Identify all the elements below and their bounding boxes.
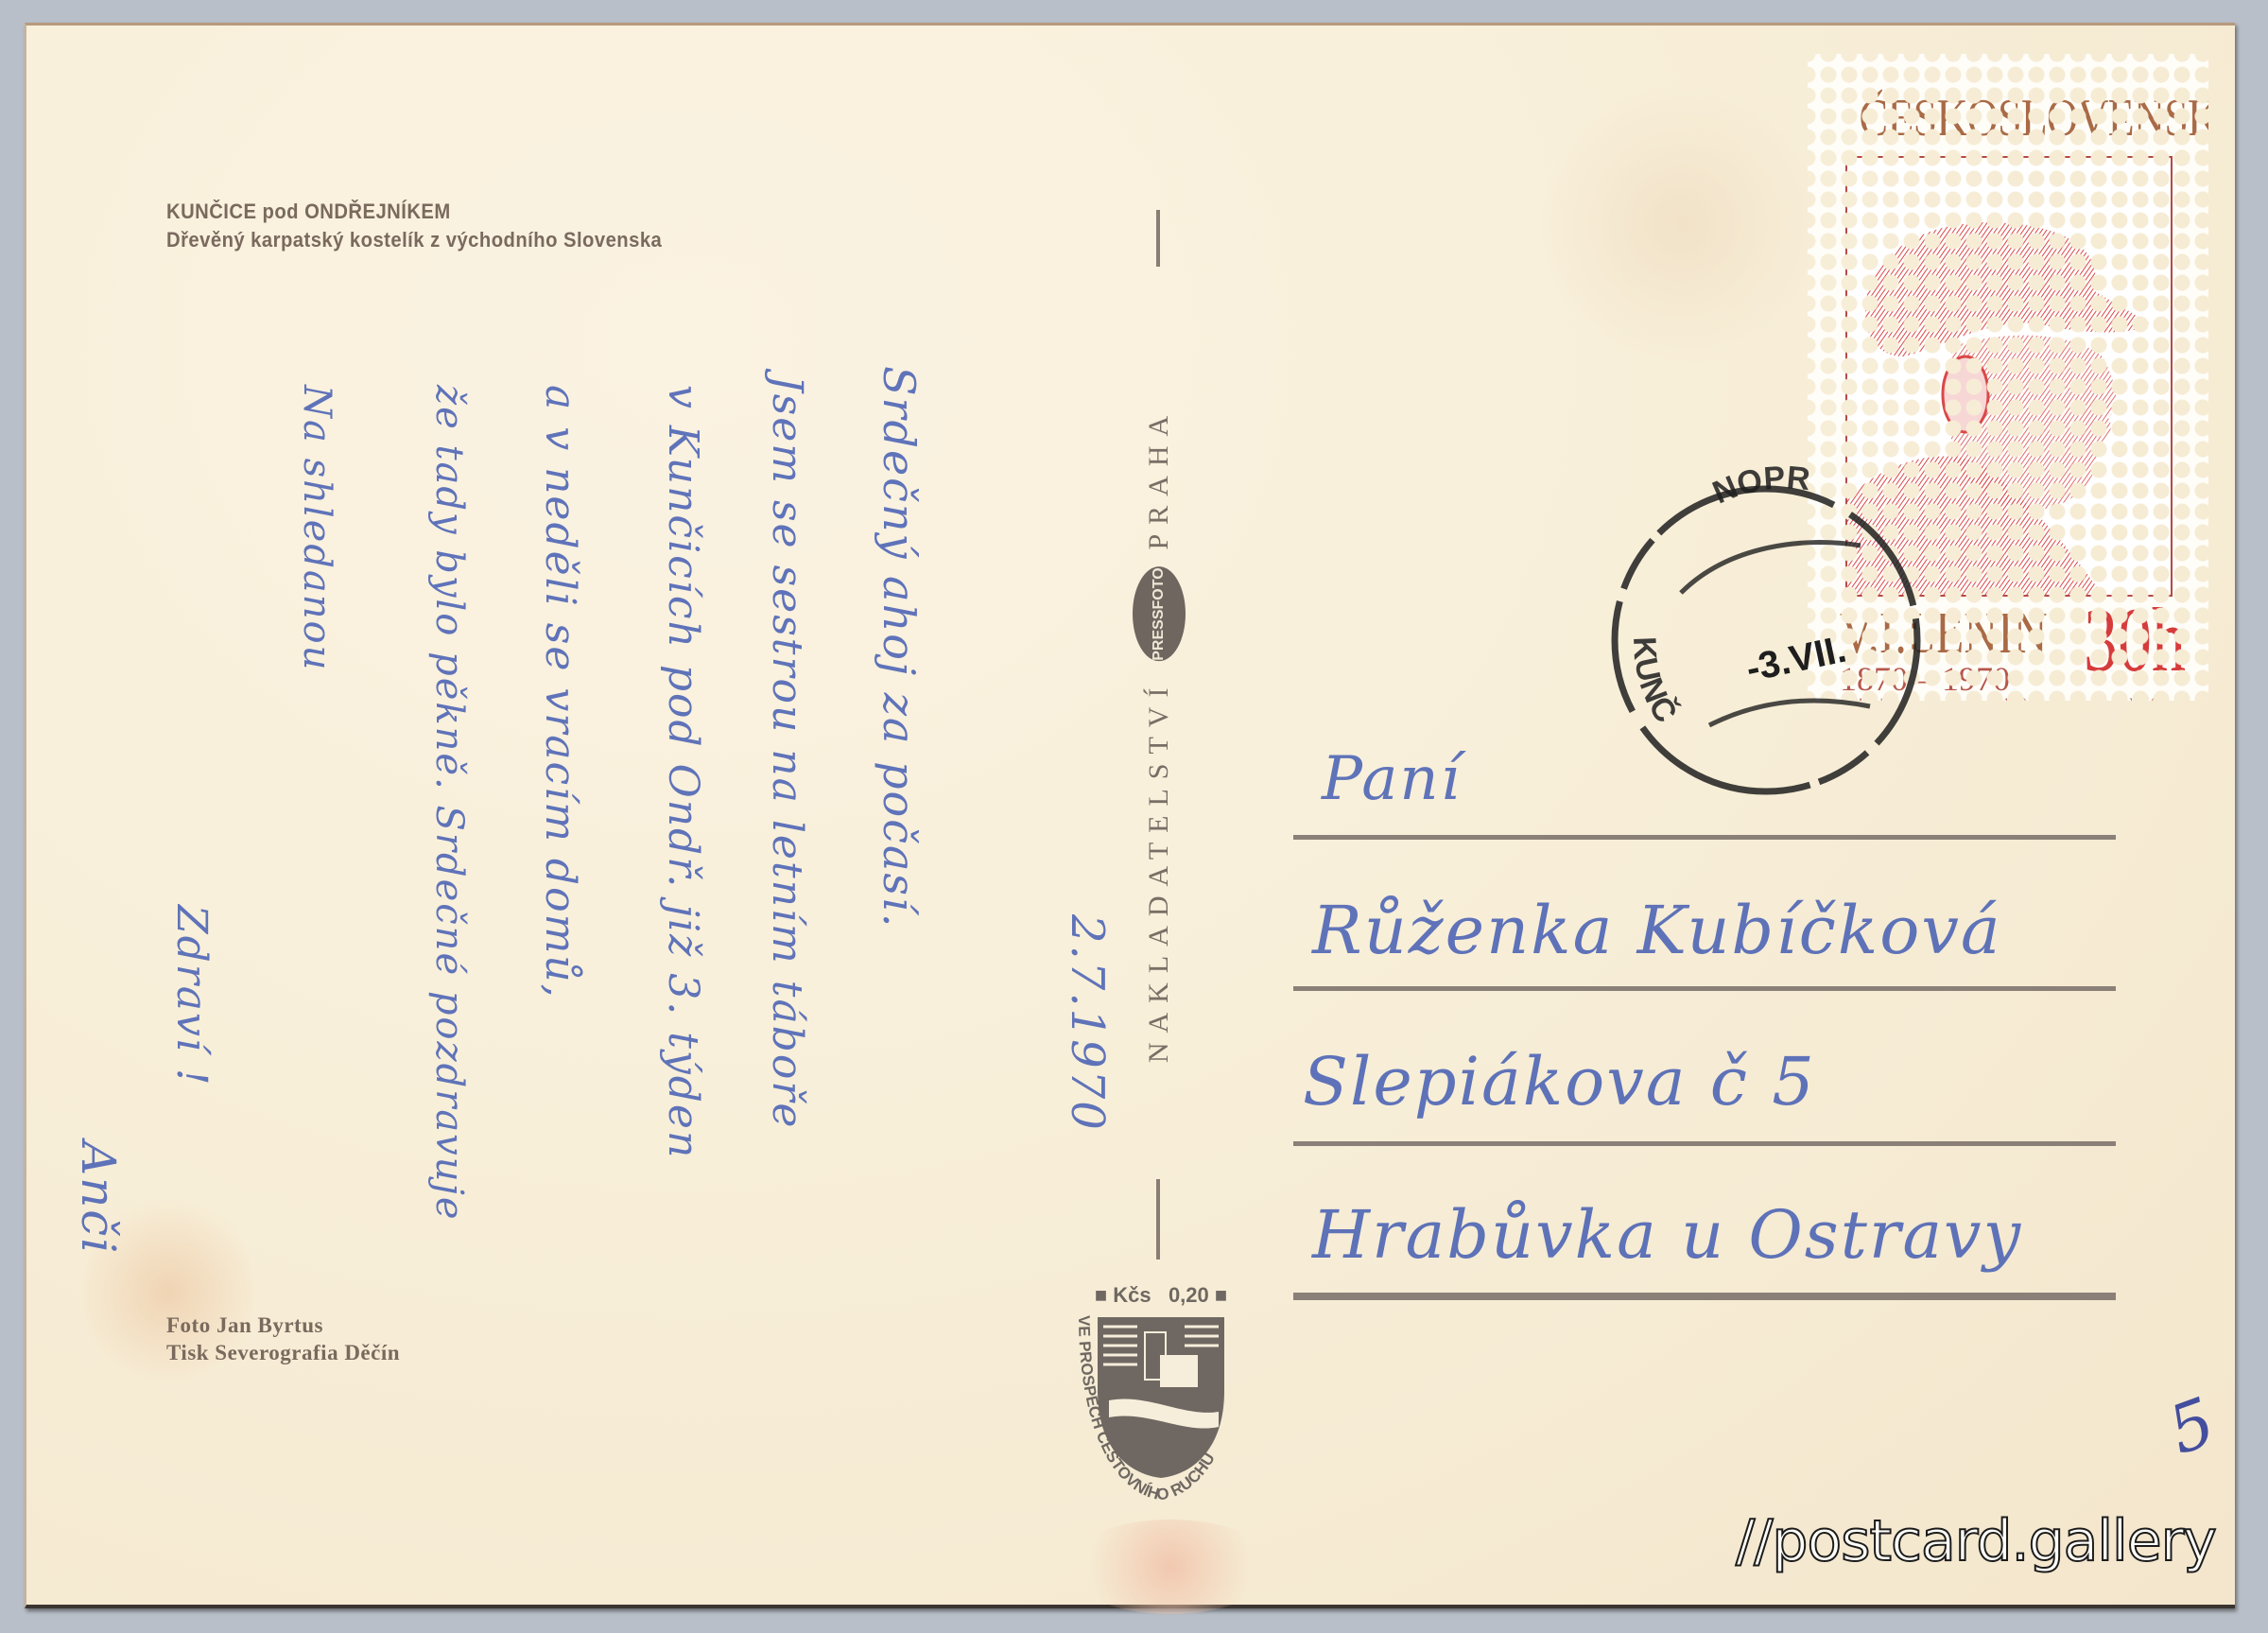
address-street: Slepiákova č 5	[1303, 1043, 1816, 1121]
printer-credit: Tisk Severografia Děčín	[166, 1339, 400, 1366]
age-stain	[1539, 82, 1823, 366]
publisher-label: NAKLADATELSTVÍ	[1143, 679, 1175, 1064]
picture-caption: KUNČICE pod ONDŘEJNÍKEM Dřevěný karpatsk…	[166, 198, 662, 254]
caption-subtitle: Dřevěný karpatský kostelík z východního …	[166, 226, 662, 254]
message-line: v Kunčicích pod Ondř. již 3. týden	[659, 385, 707, 1159]
postmark-date: -3.VII.	[1742, 629, 1850, 690]
postmark-top-text: NOPR	[1707, 460, 1811, 511]
address-city: Hrabůvka u Ostravy	[1312, 1196, 2022, 1274]
pressfoto-logo-icon: PRESSFOTO	[1133, 567, 1186, 662]
publisher-imprint: NAKLADATELSTVÍ PRESSFOTO PRAHA	[1133, 407, 1186, 1063]
postmark-cancellation-icon: NOPR KUNČ -3.VII.	[1586, 442, 1965, 801]
print-credits: Foto Jan Byrtus Tisk Severografia Děčín	[166, 1312, 400, 1366]
corner-mark: 5	[2158, 1382, 2226, 1470]
address-salutation: Paní	[1322, 744, 1462, 814]
divider-rule	[1156, 210, 1160, 267]
message-line: a v neděli se vracím domů,	[536, 385, 584, 999]
caption-title: KUNČICE pod ONDŘEJNÍKEM	[166, 198, 662, 226]
publisher-city: PRAHA	[1143, 407, 1175, 550]
divider-rule	[1156, 1179, 1160, 1259]
postmark-bottom-text: KUNČ	[1626, 636, 1685, 729]
photo-credit: Foto Jan Byrtus	[166, 1312, 400, 1339]
message-closing: Zdraví !	[167, 905, 216, 1087]
castle-shield-icon: VE PROSPĚCH CESTOVNÍHO RUCHU	[1062, 1306, 1260, 1523]
stamp-country: ČESKOSLOVENSKO	[1860, 88, 2157, 148]
address-line	[1293, 1293, 2116, 1300]
address-line	[1293, 835, 2116, 840]
publisher-divider: NAKLADATELSTVÍ PRESSFOTO PRAHA	[1131, 210, 1187, 1259]
message-line: Srdečný ahoj za počasí.	[874, 366, 925, 929]
address-name: Růženka Kubíčková	[1312, 892, 2002, 969]
handwritten-date: 2.7.1970	[1061, 914, 1114, 1132]
message-signature: Anči	[71, 1141, 126, 1255]
age-stain	[1066, 1520, 1274, 1614]
tourism-tax-stamp: ■ Kčs 0,20 ■ VE PROSPĚCH CESTOVNÍHO RUCH…	[1062, 1283, 1260, 1529]
address-line	[1293, 1141, 2116, 1146]
stamp-value: 30h	[2084, 595, 2186, 686]
tax-amount: 0,20	[1169, 1283, 1209, 1307]
tax-price: ■ Kčs 0,20 ■	[1062, 1283, 1260, 1308]
tax-currency: Kčs	[1113, 1283, 1151, 1307]
svg-text:KUNČ: KUNČ	[1626, 636, 1685, 729]
postcard-gallery-watermark: //postcard.gallery	[1736, 1508, 2216, 1574]
postcard-back: KUNČICE pod ONDŘEJNÍKEM Dřevěný karpatsk…	[25, 23, 2235, 1608]
stamp-imprint-center: 1970	[2004, 697, 2027, 706]
message-line: Jsem se sestrou na letním táboře	[763, 375, 811, 1129]
svg-text:NOPR: NOPR	[1707, 460, 1811, 511]
stamp-imprint-right: L. JIRKA	[2116, 697, 2157, 706]
message-line: Na shledanou	[295, 385, 338, 671]
message-line: že tady bylo pěkně. Srdečné pozdravuje	[427, 385, 471, 1222]
address-line	[1293, 986, 2116, 991]
logo-text: PRESSFOTO	[1151, 567, 1168, 660]
